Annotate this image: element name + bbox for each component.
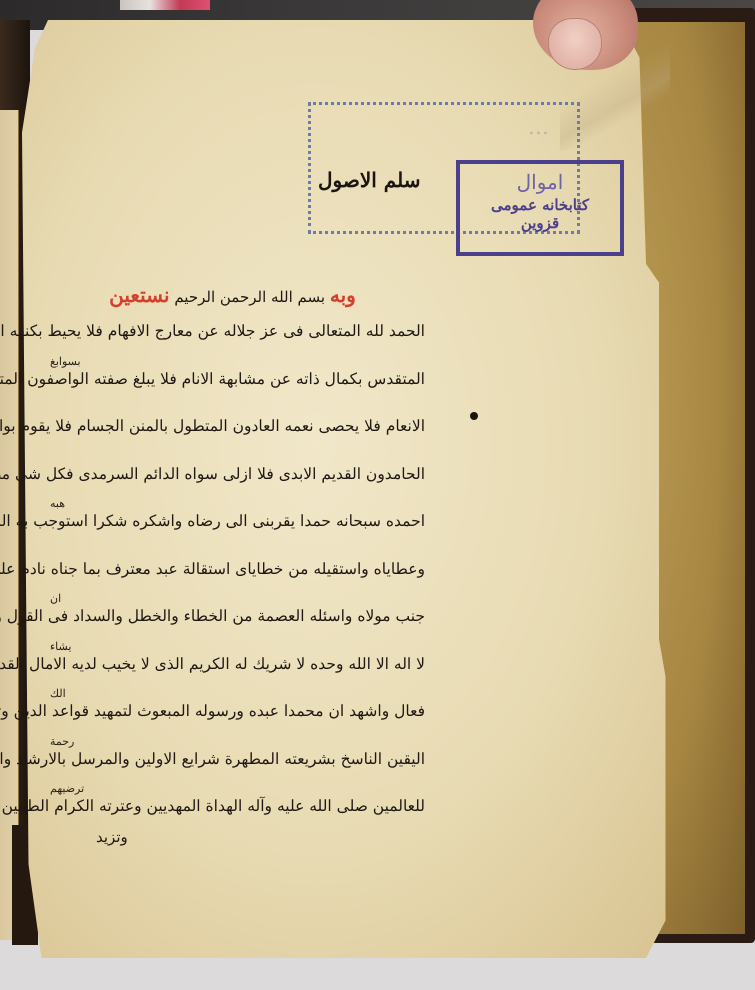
text-line: جنب مولاه واسئله العصمة من الخطاء والخطل… [60, 593, 425, 641]
text-line: وعطاياه واستقيله من خطاياى استقالة عبد م… [60, 546, 425, 594]
stamp-faint-text: ... [528, 115, 549, 140]
thumbnail [548, 18, 602, 70]
text-line: الحمد لله المتعالى فى عز جلاله عن معارج … [60, 308, 425, 356]
title-note: سلم الاصول [318, 168, 420, 192]
text-line: لا اله الا الله وحده لا شريك له الكريم ا… [60, 641, 425, 689]
text-line: احمده سبحانه حمدا يقربنى الى رضاه واشكره… [60, 498, 425, 546]
stamp-line-3: قزوين [460, 214, 620, 232]
stamp-line-2: كتابخانه عمومى [460, 196, 620, 214]
basmala: وبه بسم الله الرحمن الرحيم نستعين [60, 284, 405, 308]
margin-note: بسوابغ [50, 338, 81, 386]
basmala-suffix: نستعين [109, 283, 169, 307]
stamp-line-1: اموال [460, 170, 620, 194]
basmala-text: بسم الله الرحمن الرحيم [174, 288, 325, 306]
margin-note: ترضيهم [50, 765, 84, 813]
catchword: وتزيد [96, 828, 128, 846]
margin-note: هبه [50, 480, 65, 528]
background-cloth [120, 0, 210, 10]
text-line: اليقين الناسخ بشريعته المطهرة شرايع الاو… [60, 736, 425, 784]
basmala-prefix: وبه [330, 283, 356, 307]
text-line: للعالمين صلى الله عليه وآله الهداة المهد… [60, 783, 425, 831]
text-line: المتقدس بكمال ذاته عن مشابهة الانام فلا … [60, 356, 425, 404]
manuscript-text: وبه بسم الله الرحمن الرحيم نستعين الحمد … [60, 284, 425, 831]
text-line: فعال واشهد ان محمدا عبده ورسوله المبعوث … [60, 688, 425, 736]
margin-note: يشاء [50, 623, 71, 671]
margin-note: رحمة [50, 718, 74, 766]
margin-note: ان [50, 575, 61, 623]
library-stamp: اموال كتابخانه عمومى قزوين [456, 160, 624, 256]
ink-spot [470, 412, 478, 420]
text-line: الانعام فلا يحصى نعمه العادون المتطول با… [60, 403, 425, 451]
text-line: الحامدون القديم الابدى فلا ازلى سواه الد… [60, 451, 425, 499]
cover-margin-marks [665, 400, 725, 700]
margin-note: الك [50, 670, 66, 718]
